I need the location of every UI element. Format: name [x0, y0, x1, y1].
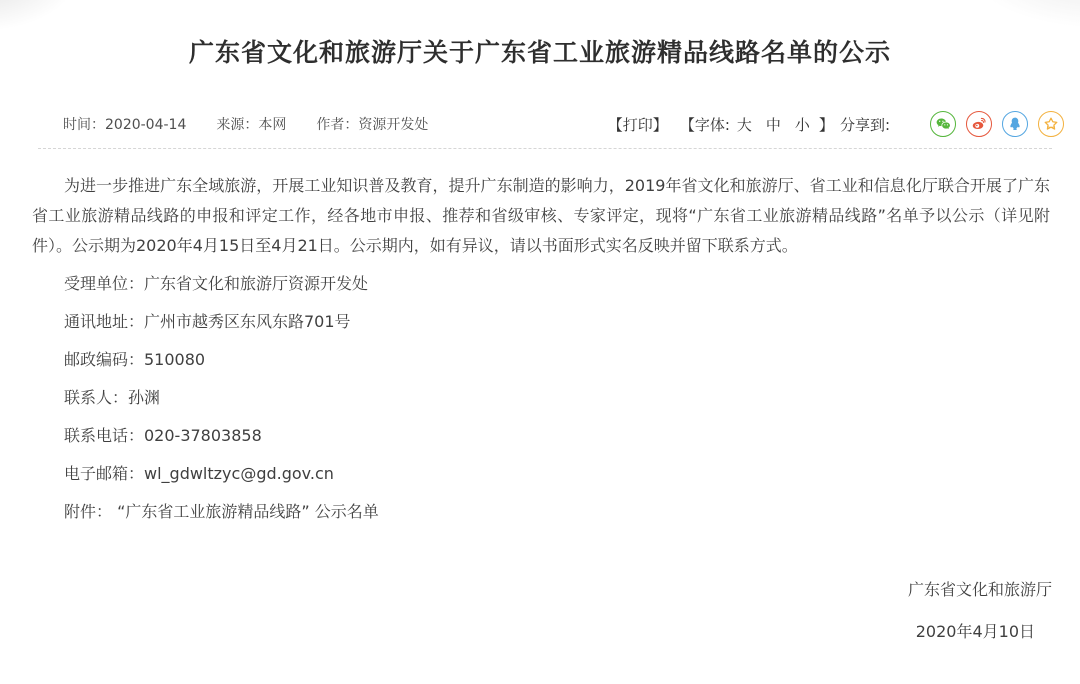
wechat-share-icon[interactable] [930, 111, 956, 137]
meta-info: 时间：2020-04-14 来源：本网 作者：资源开发处 [0, 114, 458, 134]
contact-phone: 联系电话：020-37803858 [32, 421, 1050, 451]
font-size-suffix: 】 [819, 114, 834, 135]
meta-divider [38, 148, 1052, 149]
contact-postal-code: 邮政编码：510080 [32, 345, 1050, 375]
font-size-prefix: 【字体: [680, 114, 730, 135]
announcement-paragraph: 为进一步推进广东全域旅游，开展工业知识普及教育，提升广东制造的影响力，2019年… [32, 171, 1050, 261]
signature-block: 广东省文化和旅游厅 2020年4月10日 [0, 575, 1080, 647]
meta-source-value: 本网 [258, 117, 286, 133]
meta-source: 来源：本网 [216, 114, 286, 134]
meta-tools: 【打印】 【字体: 大 中 小 】 分享到: [608, 111, 1080, 137]
issuing-authority: 广东省文化和旅游厅 [0, 575, 1080, 605]
meta-author-label: 作者： [316, 117, 358, 133]
share-buttons [930, 111, 1064, 137]
weibo-share-icon[interactable] [966, 111, 992, 137]
attachment-line: 附件： “广东省工业旅游精品线路” 公示名单 [32, 497, 1050, 527]
font-size-medium[interactable]: 中 [766, 114, 781, 135]
font-size-control: 【字体: 大 中 小 】 [680, 114, 834, 135]
print-button[interactable]: 【打印】 [608, 114, 668, 135]
meta-source-label: 来源： [216, 117, 258, 133]
announcement-body: 为进一步推进广东全域旅游，开展工业知识普及教育，提升广东制造的影响力，2019年… [0, 171, 1080, 527]
meta-bar: 时间：2020-04-14 来源：本网 作者：资源开发处 【打印】 【字体: 大… [0, 109, 1080, 139]
contact-accepting-unit: 受理单位：广东省文化和旅游厅资源开发处 [32, 269, 1050, 299]
contact-email: 电子邮箱：wl_gdwltzyc@gd.gov.cn [32, 459, 1050, 489]
share-label: 分享到: [840, 114, 890, 135]
page-title: 广东省文化和旅游厅关于广东省工业旅游精品线路名单的公示 [30, 36, 1050, 69]
qq-share-icon[interactable] [1002, 111, 1028, 137]
contact-address: 通讯地址：广州市越秀区东风东路701号 [32, 307, 1050, 337]
font-size-large[interactable]: 大 [737, 114, 752, 135]
issue-date: 2020年4月10日 [0, 617, 1080, 647]
meta-author: 作者：资源开发处 [316, 114, 428, 134]
contact-person: 联系人：孙渊 [32, 383, 1050, 413]
meta-time: 时间：2020-04-14 [63, 114, 186, 134]
qzone-share-icon[interactable] [1038, 111, 1064, 137]
meta-time-value: 2020-04-14 [105, 117, 186, 133]
meta-time-label: 时间： [63, 117, 105, 133]
meta-author-value: 资源开发处 [358, 117, 428, 133]
font-size-small[interactable]: 小 [795, 114, 810, 135]
